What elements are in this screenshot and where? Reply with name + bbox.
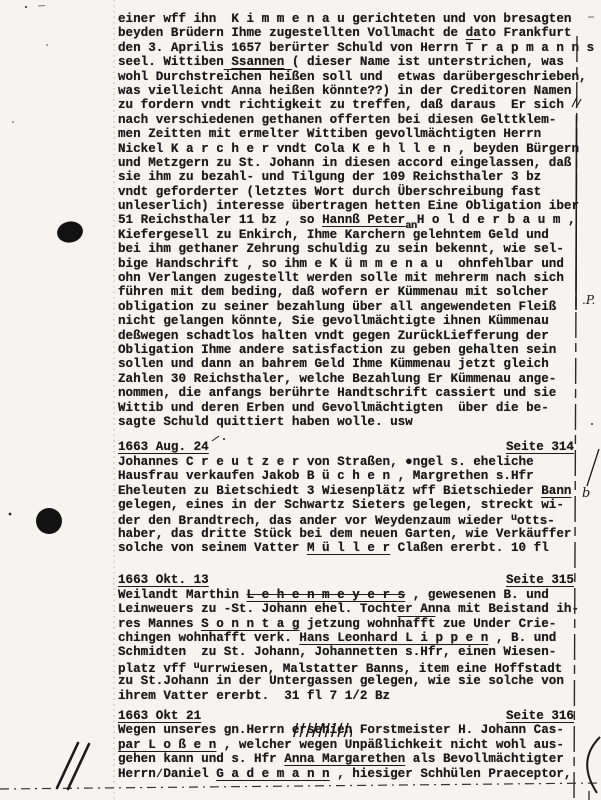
text-run: und s. Hfr — [194, 752, 285, 766]
text-run: Weilandt Marthin — [118, 588, 246, 602]
scanned-document-page: einer wff ihn K i m m e n a u gerichtete… — [0, 0, 601, 800]
text-line: gehen kann und s. Hfr Anna Margarethen a… — [118, 752, 574, 766]
text-run: Obligation Ihme andere satisfaction zu g… — [118, 343, 556, 357]
text-line: wohl Durchstreichen heißen soll und etwa… — [118, 70, 574, 84]
text-run: par L o ß e n — [118, 738, 216, 752]
text-run: beyden Brüdern Ihme zugestellten Vollmac… — [118, 26, 466, 40]
text-line: gelegen, eines in der Schwartz Sieters g… — [118, 498, 574, 512]
text-line: nach verschiedenen gethanen offerten bei… — [118, 113, 574, 127]
text-line: Zahlen 30 Reichsthaler, welche Bezahlung… — [118, 372, 574, 386]
entry-header: 1663 Okt. 13Seite 315 — [118, 573, 574, 587]
text-run: solche von seinem Vatter — [118, 541, 307, 555]
text-run: nommen, die anfangs berührte Handtschrif… — [118, 386, 556, 400]
text-line: nommen, die anfangs berührte Handtschrif… — [118, 386, 574, 400]
text-run: vndt geforderter (letztes Wort durch Übe… — [118, 185, 541, 199]
text-run: jetzung wohn — [299, 617, 397, 631]
text-run: G a d e m a n n — [216, 767, 329, 781]
text-run: Herrn∕Daniel — [118, 767, 216, 781]
text-run: haber, das dritte Stück bei dem neuen Ga… — [118, 527, 571, 541]
text-run: führen mit dem beding, daß wofern er Küm… — [118, 285, 549, 299]
text-line: Nickel K a r c h e r vndt Cola K e h l l… — [118, 142, 574, 156]
scan-speck — [25, 6, 27, 8]
text-run: M ü l l e r — [307, 541, 390, 555]
text-line: Herrn∕Daniel G a d e m a n n , hiesiger … — [118, 767, 574, 781]
text-run: gehen kann — [118, 752, 194, 766]
text-run: res Mannes — [118, 617, 201, 631]
text-run: obligation zu seiner bezahlung über all … — [118, 300, 556, 314]
text-run: Forstmeister H. Johann Cas- — [352, 723, 564, 737]
text-run: sagte Schuld quittiert haben wolle. usw — [118, 415, 413, 429]
text-line: res Mannes S o n n t a g jetzung wohnhaf… — [118, 617, 574, 631]
text-run: sollen und dann an bahrem Geld Ihme Kümm… — [118, 357, 549, 371]
entry-date: 1663 Aug. 24 — [118, 440, 209, 454]
text-line: ihrem Vatter ererbt. 31 fl 7 1/2 Bz — [118, 689, 574, 703]
text-line: bei ihm gethaner Zehrung schuldig zu sei… — [118, 242, 574, 256]
text-line: führen mit dem beding, daß wofern er Küm… — [118, 285, 574, 299]
text-line: zu St.Johann in der Untergassen gelegen,… — [118, 674, 574, 688]
text-run: als Bevollmächtigter — [405, 752, 564, 766]
scan-speck — [9, 513, 12, 516]
text-run: chingen wohn — [118, 631, 209, 645]
document-text: einer wff ihn K i m m e n a u gerichtete… — [118, 12, 574, 781]
text-line: zu fordern vndt richtigkeit zu treffen, … — [118, 98, 574, 112]
text-line: solche von seinem Vatter M ü l l e r Cla… — [118, 541, 574, 555]
text-line: Wittib und deren Erben und Gevollmächtig… — [118, 401, 574, 415]
text-line: Obligation Ihme andere satisfaction zu g… — [118, 343, 574, 357]
text-run: hafft verk. — [209, 631, 292, 645]
text-run: zue Under Crie- — [435, 617, 556, 631]
text-run: gelegen, eines in der Schwartz Sieters g… — [118, 498, 564, 512]
text-run: da — [466, 26, 481, 40]
entry-header: 1663 Okt 21Seite 316 — [118, 709, 574, 723]
text-run: H o l d e r b a u m , — [417, 213, 576, 227]
text-line: deßwegen schadtlos halten vndt gegen Zur… — [118, 329, 574, 343]
scan-speck — [38, 6, 45, 7]
paren-mark — [587, 737, 600, 793]
text-run: unleserlich) interesse übertragen hetten… — [118, 199, 579, 213]
text-line: nicht gelangen könnte, Sie gevollmächtig… — [118, 314, 574, 328]
text-line: sagte Schuld quittiert haben wolle. usw — [118, 415, 574, 429]
text-line: und Metzgern zu St. Johann in diesen acc… — [118, 156, 574, 170]
text-line: Eheleuten zu Bietschiedt 3 Wiesenplätz w… — [118, 484, 574, 498]
text-line: sollen und dann an bahrem Geld Ihme Kümm… — [118, 357, 574, 371]
text-run: Schmidten zu St. Johann, Johannetten s.H… — [118, 645, 556, 659]
text-line: ohn Verlangen zugestellt werden solle mi… — [118, 271, 574, 285]
text-run: ohn Verlangen zugestellt werden solle mi… — [118, 271, 564, 285]
ink-blob-icon — [55, 219, 85, 245]
bottom-separator-line — [0, 783, 601, 789]
text-line: men Zeitten mit ermelter Wittiben gevoll… — [118, 127, 574, 141]
text-run: seel. Wittiben — [118, 55, 231, 69]
entry-date: 1663 Okt. 13 — [118, 573, 209, 587]
text-line: Leinweuers zu -St. Johann ehel. Tochter … — [118, 602, 574, 616]
text-run: Zahlen 30 Reichsthaler, welche Bezahlung… — [118, 372, 556, 386]
text-run: Kiefergesell zu Enkirch, Ihme Karchern g… — [118, 228, 549, 242]
text-run: , gewesenen B. und — [405, 588, 549, 602]
text-run: und Metzgern zu St. Johann in diesen acc… — [118, 156, 571, 170]
text-run: nicht gelangen könnte, Sie gevollmächtig… — [118, 314, 549, 328]
scan-speck — [591, 423, 593, 425]
text-run: den 3. Aprilis 1657 berürter Schuld von … — [118, 41, 594, 55]
text-run: Wegen unseres gn.Herrn — [118, 723, 292, 737]
text-run: bige Handschrift , so ihm e K ü m m e n … — [118, 257, 564, 271]
text-run: deßwegen schadtlos halten vndt gegen Zur… — [118, 329, 549, 343]
text-line: Johannes C r e u t z e r von Straßen, ●n… — [118, 455, 574, 469]
text-line: der den Brandtrech, das ander vor Weyden… — [118, 512, 574, 526]
text-line: par L o ß e n , welcher wegen Unpäßlichk… — [118, 738, 574, 752]
text-run: , hiesiger Schhülen Praeceptor, — [330, 767, 572, 781]
text-line: beyden Brüdern Ihme zugestellten Vollmac… — [118, 26, 574, 40]
text-line: Hausfrau verkaufen Jakob B ü c h e n , M… — [118, 469, 574, 483]
text-run: zu St.Johann in der Untergassen gelegen,… — [118, 674, 564, 688]
text-line: Schmidten zu St. Johann, Johannetten s.H… — [118, 645, 574, 659]
entry-page-ref: Seite 314 — [506, 440, 574, 454]
text-run: 51 Reichsthaler 11 bz , so — [118, 213, 322, 227]
text-run: ihrem Vatter ererbt. 31 fl 7 1/2 Bz — [118, 689, 390, 703]
text-run: ( dieser Name ist unterstrichen, was — [284, 55, 564, 69]
text-run: was vielleicht Anna heißen könnte??) in … — [118, 84, 571, 98]
text-run: wohl Durchstre — [118, 70, 224, 84]
text-run: to Frankfurt — [481, 26, 572, 40]
text-run: Johannes C r e u t z e r von Straßen, ●n… — [118, 455, 534, 469]
text-run: men Zeitten mit ermelter Wittiben gevoll… — [118, 127, 541, 141]
scan-speck — [46, 44, 48, 46]
text-run: Hans Leonhard L i p p e n — [299, 631, 488, 645]
text-line: 51 Reichsthaler 11 bz , so Hannß Peteran… — [118, 213, 574, 227]
text-run: Wittib und deren Erben und Gevollmächtig… — [118, 401, 549, 415]
text-run: S o n n t a g — [201, 617, 299, 631]
text-run: nach verschiedenen gethanen offerten bei… — [118, 113, 556, 127]
struck-out-word: ersehien — [292, 723, 352, 737]
text-run: Hausfrau verkaufen Jakob B ü c h e n , M… — [118, 469, 534, 483]
text-line: Wegen unseres gn.Herrn ersehien Forstmei… — [118, 723, 574, 737]
text-run: Nickel K a r c h e r vndt Cola K e h l l… — [118, 142, 579, 156]
text-line: haber, das dritte Stück bei dem neuen Ga… — [118, 527, 574, 541]
text-line: einer wff ihn K i m m e n a u gerichtete… — [118, 12, 574, 26]
text-line: Weilandt Marthin L e h e n m e y e r s ,… — [118, 588, 574, 602]
text-run: , welcher wegen Unpäßlichkeit nicht wohl… — [216, 738, 564, 752]
text-line: sie ihm zu bezahl- und Tilgung der 109 R… — [118, 170, 574, 184]
text-line: bige Handschrift , so ihm e K ü m m e n … — [118, 257, 574, 271]
text-line: den 3. Aprilis 1657 berürter Schuld von … — [118, 41, 574, 55]
text-line: vndt geforderter (letztes Wort durch Übe… — [118, 185, 574, 199]
text-line: unleserlich) interesse übertragen hetten… — [118, 199, 574, 213]
entry-header: 1663 Aug. 24Seite 314 — [118, 440, 574, 454]
entry-date: 1663 Okt 21 — [118, 709, 201, 723]
entry-page-ref: Seite 316 — [506, 709, 574, 723]
text-run: Anna Margarethen — [284, 752, 405, 766]
margin-note-p: .P. — [582, 293, 595, 307]
margin-note-b: b — [582, 486, 590, 501]
double-slash-mark — [57, 743, 89, 789]
text-line: chingen wohnhafft verk. Hans Leonhard L … — [118, 631, 574, 645]
text-run: zu fordern vndt richtigkeit zu treffen, … — [118, 98, 564, 112]
text-run: Eheleuten zu Bietschiedt 3 Wiesenplätz w… — [118, 484, 541, 498]
text-line: platz vff uurrwiesen, Malstatter Banns, … — [118, 660, 574, 674]
scan-speck — [12, 121, 14, 123]
text-run: Bann — [541, 484, 571, 498]
text-line: obligation zu seiner bezahlung über all … — [118, 300, 574, 314]
text-run: Leinweuers zu -St. Johann ehel. Tochter … — [118, 602, 579, 616]
ink-blob-icon — [36, 508, 62, 534]
text-run: ichen hei — [224, 70, 292, 84]
text-run: sie ihm zu bezahl- und Tilgung der 109 R… — [118, 170, 541, 184]
text-run: L e h e n m e y e r s — [246, 588, 405, 602]
text-run: ßen soll und etwas darübergeschrieben, — [292, 70, 587, 84]
text-run: Hannß Peter — [322, 213, 405, 227]
entry-page-ref: Seite 315 — [506, 573, 574, 587]
text-line: was vielleicht Anna heißen könnte??) in … — [118, 84, 574, 98]
text-run: Claßen ererbt. 10 fl — [390, 541, 549, 555]
text-run: Ssannen — [231, 55, 284, 69]
text-line: Kiefergesell zu Enkirch, Ihme Karchern g… — [118, 228, 574, 242]
text-run: einer wff ihn K i m m e n a u gerichtete… — [118, 12, 571, 26]
text-line: seel. Wittiben Ssannen ( dieser Name ist… — [118, 55, 574, 69]
text-run: bei ihm gethaner Zehrung schuldig zu sei… — [118, 242, 564, 256]
text-run: hafft — [398, 617, 436, 631]
text-run: , B. und — [488, 631, 556, 645]
slash-mark — [587, 449, 599, 486]
